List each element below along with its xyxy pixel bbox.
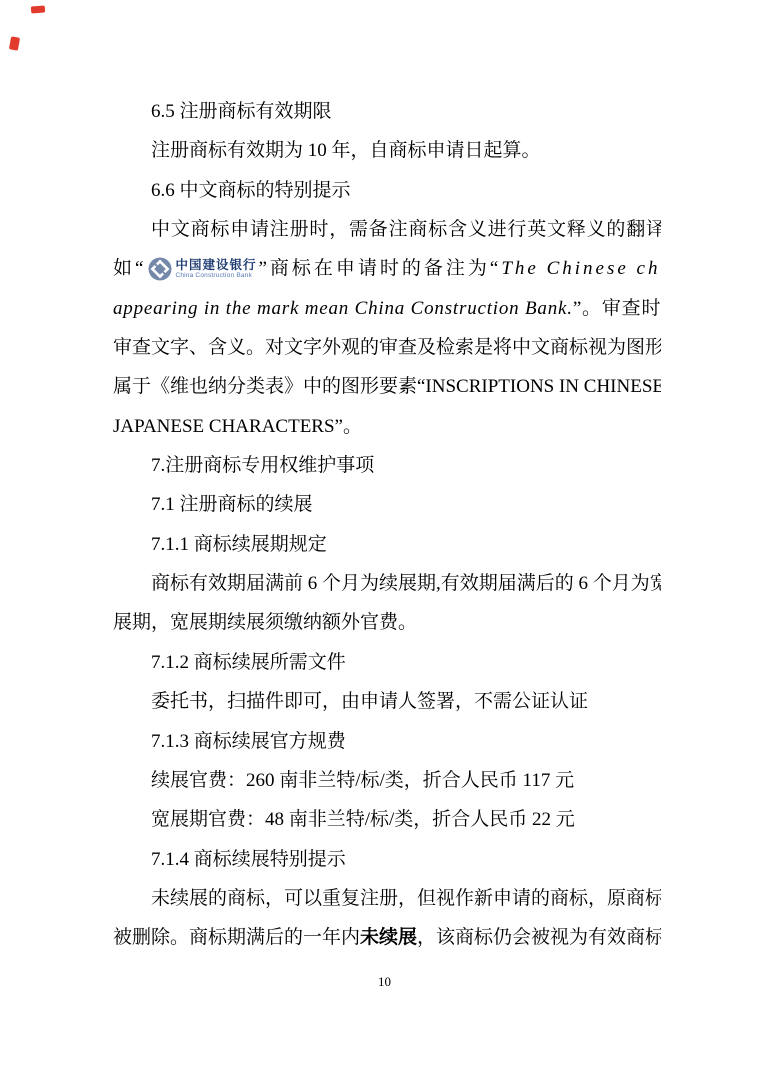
heading-7-1-3: 7.1.3 商标续展官方规费 xyxy=(113,722,661,761)
page-number: 10 xyxy=(0,972,769,992)
text-segment: 如“ xyxy=(113,258,146,279)
ccb-logo: 中国建设银行China Construction Bank xyxy=(148,257,256,281)
ccb-logo-english-text: China Construction Bank xyxy=(175,272,256,280)
paragraph-validity: 注册商标有效期为 10 年，自商标申请日起算。 xyxy=(113,131,661,170)
paragraph-chinese-mark-line4: 审查文字、含义。对文字外观的审查及检索是将中文商标视为图形， xyxy=(113,328,661,367)
italic-english-text: The Chinese characters xyxy=(501,258,661,279)
red-annotation-mark xyxy=(31,6,45,14)
paragraph-grace-fee: 宽展期官费：48 南非兰特/标/类，折合人民币 22 元 xyxy=(113,800,661,839)
ccb-logo-icon xyxy=(148,257,172,281)
text-segment: ”商标在申请时的备注为“ xyxy=(258,258,501,279)
paragraph-chinese-mark-line3: appearing in the mark mean China Constru… xyxy=(113,289,661,328)
paragraph-renewal-fee: 续展官费：260 南非兰特/标/类，折合人民币 117 元 xyxy=(113,761,661,800)
paragraph-renewal-notice-line2: 被删除。商标期满后的一年内未续展，该商标仍会被视为有效商标， xyxy=(113,918,661,957)
bold-text-segment: 未续展 xyxy=(360,927,417,948)
text-segment: ”。审查时会同时 xyxy=(573,298,661,319)
paragraph-chinese-mark-line5: 属于《维也纳分类表》中的图形要素“INSCRIPTIONS IN CHINESE… xyxy=(113,367,661,406)
paragraph-renewal-notice-line1: 未续展的商标，可以重复注册，但视作新申请的商标，原商标将 xyxy=(113,879,661,918)
paragraph-chinese-mark-line1: 中文商标申请注册时，需备注商标含义进行英文释义的翻译。例 xyxy=(113,210,661,249)
heading-7-1-1: 7.1.1 商标续展期规定 xyxy=(113,525,661,564)
red-annotation-mark xyxy=(9,36,20,50)
italic-english-text: appearing in the mark mean China Constru… xyxy=(113,298,573,319)
paragraph-chinese-mark-line2: 如“中国建设银行China Construction Bank”商标在申请时的备… xyxy=(113,249,661,288)
document-page: 6.5 注册商标有效期限 注册商标有效期为 10 年，自商标申请日起算。 6.6… xyxy=(0,0,769,1076)
text-segment: 被删除。商标期满后的一年内 xyxy=(113,927,360,948)
heading-7-1: 7.1 注册商标的续展 xyxy=(113,485,661,524)
heading-7-1-4: 7.1.4 商标续展特别提示 xyxy=(113,840,661,879)
paragraph-renewal-documents: 委托书，扫描件即可，由申请人签署，不需公证认证 xyxy=(113,682,661,721)
ccb-logo-chinese-text: 中国建设银行 xyxy=(175,259,256,272)
heading-6-5: 6.5 注册商标有效期限 xyxy=(113,92,661,131)
paragraph-chinese-mark-line6: JAPANESE CHARACTERS”。 xyxy=(113,407,661,446)
heading-6-6: 6.6 中文商标的特别提示 xyxy=(113,171,661,210)
heading-7: 7.注册商标专用权维护事项 xyxy=(113,446,661,485)
heading-7-1-2: 7.1.2 商标续展所需文件 xyxy=(113,643,661,682)
text-segment: ，该商标仍会被视为有效商标， xyxy=(417,927,661,948)
text-body: 6.5 注册商标有效期限 注册商标有效期为 10 年，自商标申请日起算。 6.6… xyxy=(113,92,661,958)
paragraph-renewal-period-line1: 商标有效期届满前 6 个月为续展期,有效期届满后的 6 个月为宽 xyxy=(113,564,661,603)
paragraph-renewal-period-line2: 展期，宽展期续展须缴纳额外官费。 xyxy=(113,603,661,642)
